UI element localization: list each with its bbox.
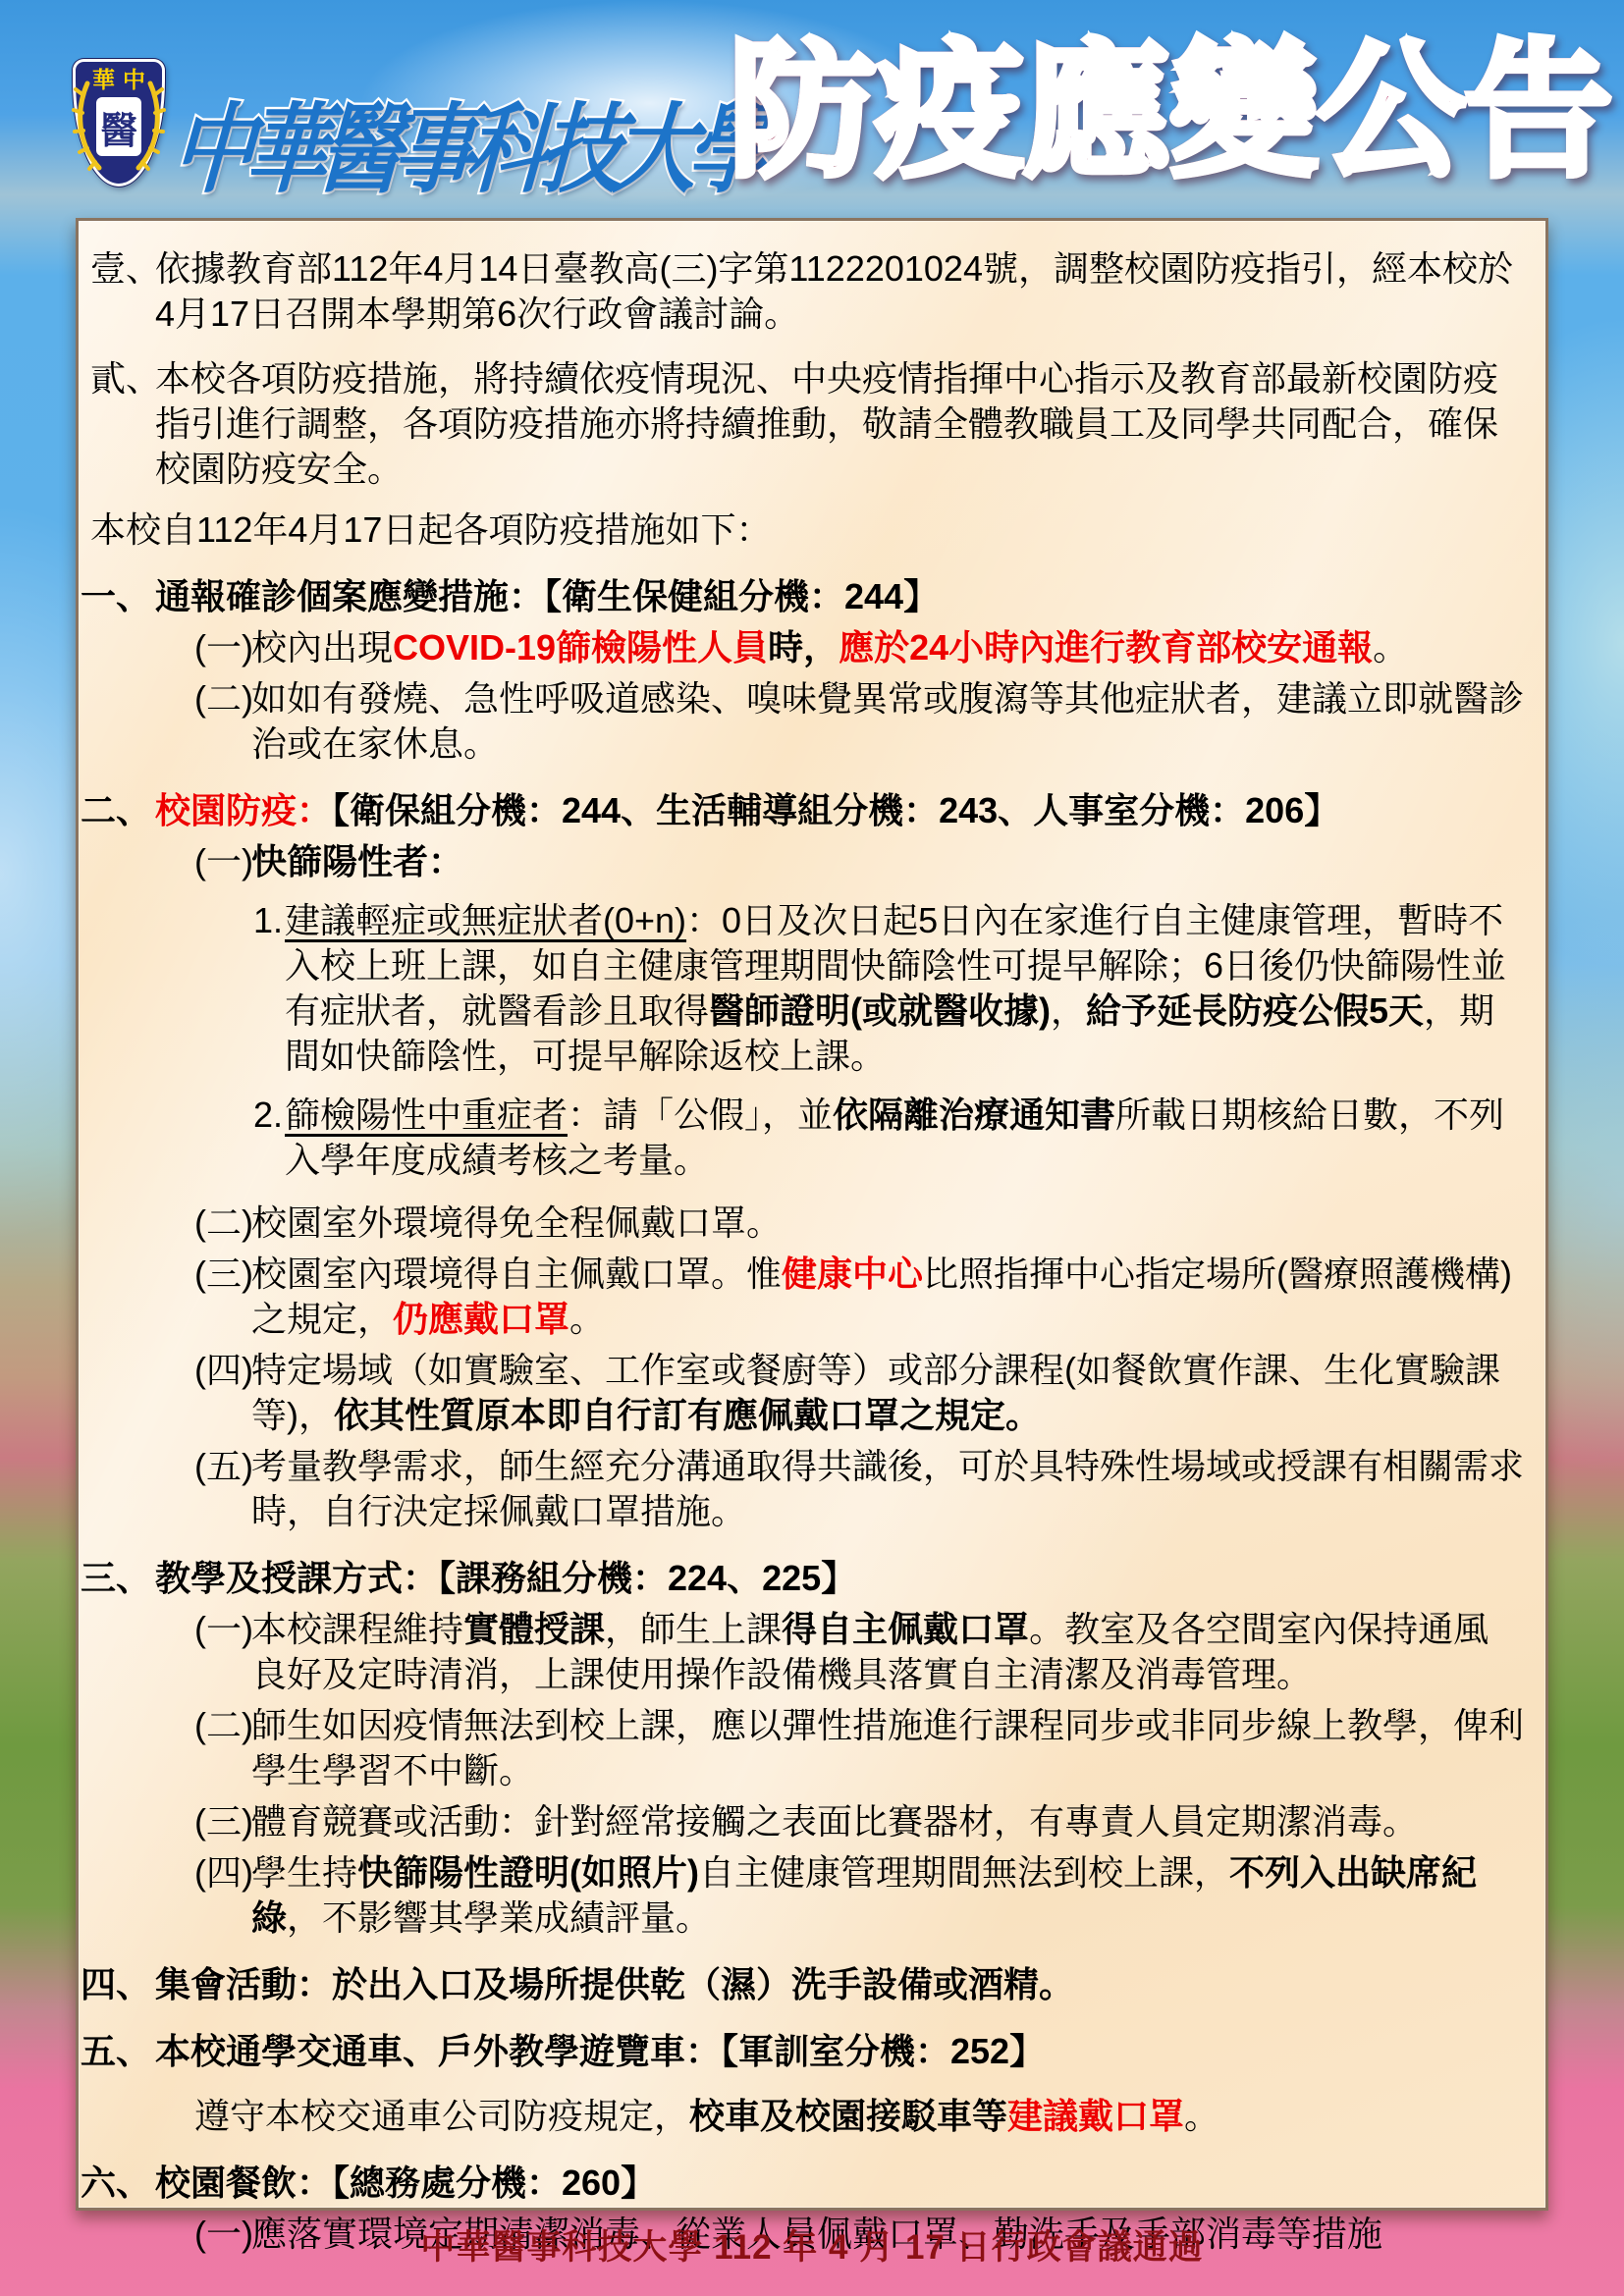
item-label: 二、 <box>81 788 155 833</box>
item-label: (一) <box>194 1607 251 1652</box>
item-label: 1. <box>253 898 285 943</box>
header: 華 中 醫 中華醫事科技大學 防疫應變公告 <box>0 0 1624 218</box>
item-label: 2. <box>253 1093 285 1138</box>
item-text: 遵守本校交通車公司防疫規定，校車及校園接駁車等建議戴口罩。 <box>194 2094 1524 2139</box>
item-text: 校園餐飲：【總務處分機：260】 <box>155 2161 1524 2206</box>
item-text: 體育競賽或活動：針對經常接觸之表面比賽器材，有專責人員定期潔消毒。 <box>251 1799 1524 1844</box>
item-label: (一) <box>194 625 251 670</box>
block-sub: 1.建議輕症或無症狀者(0+n)：0日及次日起5日內在家進行自主健康管理，暫時不… <box>79 898 1524 1079</box>
item-text: 師生如因疫情無法到校上課，應以彈性措施進行課程同步或非同步線上教學，俾利學生學習… <box>251 1703 1524 1793</box>
block-h: 五、本校通學交通車、戶外教學遊覽車：【軍訓室分機：252】 <box>79 2029 1524 2074</box>
block-item: (五)考量教學需求，師生經充分溝通取得共識後，可於具特殊性場域或授課有相關需求時… <box>79 1444 1524 1534</box>
item-text: 校內出現COVID-19篩檢陽性人員時，應於24小時內進行教育部校安通報。 <box>251 625 1524 670</box>
block-item: (四)特定場域（如實驗室、工作室或餐廚等）或部分課程(如餐飲實作課、生化實驗課等… <box>79 1348 1524 1438</box>
block-item: (三)體育競賽或活動：針對經常接觸之表面比賽器材，有專責人員定期潔消毒。 <box>79 1799 1524 1844</box>
item-text: 建議輕症或無症狀者(0+n)：0日及次日起5日內在家進行自主健康管理，暫時不入校… <box>285 898 1524 1079</box>
block-para: 貳、本校各項防疫措施，將持續依疫情現況、中央疫情指揮中心指示及教育部最新校園防疫… <box>79 356 1524 492</box>
approval-footer: 中華醫事科技大學 112 年 4 月 17 日行政會議通過 <box>0 2220 1624 2269</box>
item-label: (三) <box>194 1799 251 1844</box>
block-intro: 本校自112年4月17日起各項防疫措施如下： <box>79 507 1524 553</box>
block-item: (三)校園室內環境得自主佩戴口罩。惟健康中心比照指揮中心指定場所(醫療照護機構)… <box>79 1252 1524 1342</box>
item-label: 壹、 <box>90 246 155 292</box>
block-item: (一)本校課程維持實體授課，師生上課得自主佩戴口罩。教室及各空間室內保持通風良好… <box>79 1607 1524 1697</box>
item-text: 教學及授課方式：【課務組分機：224、225】 <box>155 1556 1524 1601</box>
block-h: 六、校園餐飲：【總務處分機：260】 <box>79 2161 1524 2206</box>
block-para: 壹、依據教育部112年4月14日臺教高(三)字第1122201024號，調整校園… <box>79 246 1524 337</box>
block-h: 三、教學及授課方式：【課務組分機：224、225】 <box>79 1556 1524 1601</box>
item-text: 快篩陽性者： <box>251 839 1524 884</box>
block-body: 遵守本校交通車公司防疫規定，校車及校園接駁車等建議戴口罩。 <box>79 2094 1524 2139</box>
item-text: 校園室外環境得免全程佩戴口罩。 <box>251 1201 1524 1246</box>
block-item: (一)快篩陽性者： <box>79 839 1524 884</box>
item-label: (四) <box>194 1348 251 1393</box>
item-label: (三) <box>194 1252 251 1297</box>
item-text: 校園室內環境得自主佩戴口罩。惟健康中心比照指揮中心指定場所(醫療照護機構)之規定… <box>251 1252 1524 1342</box>
item-text: 篩檢陽性中重症者：請「公假」，並依隔離治療通知書所載日期核給日數，不列入學年度成… <box>285 1093 1524 1183</box>
item-label: 貳、 <box>90 356 155 401</box>
item-label: (四) <box>194 1850 251 1896</box>
item-label: (二) <box>194 1201 251 1246</box>
item-text: 特定場域（如實驗室、工作室或餐廚等）或部分課程(如餐飲實作課、生化實驗課等)，依… <box>251 1348 1524 1438</box>
item-text: 本校自112年4月17日起各項防疫措施如下： <box>90 507 1524 553</box>
item-label: (一) <box>194 839 251 884</box>
block-item: (一)校內出現COVID-19篩檢陽性人員時，應於24小時內進行教育部校安通報。 <box>79 625 1524 670</box>
block-sub: 2.篩檢陽性中重症者：請「公假」，並依隔離治療通知書所載日期核給日數，不列入學年… <box>79 1093 1524 1183</box>
block-item: (二)如如有發燒、急性呼吸道感染、嗅味覺異常或腹瀉等其他症狀者，建議立即就醫診治… <box>79 676 1524 767</box>
item-label: 四、 <box>81 1962 155 2007</box>
laurel-wreath-icon <box>70 66 168 184</box>
block-h: 一、通報確診個案應變措施：【衛生保健組分機：244】 <box>79 574 1524 619</box>
block-h: 四、集會活動：於出入口及場所提供乾（濕）洗手設備或酒精。 <box>79 1962 1524 2007</box>
announcement-panel: 壹、依據教育部112年4月14日臺教高(三)字第1122201024號，調整校園… <box>76 218 1548 2211</box>
item-text: 如如有發燒、急性呼吸道感染、嗅味覺異常或腹瀉等其他症狀者，建議立即就醫診治或在家… <box>251 676 1524 767</box>
item-text: 本校各項防疫措施，將持續依疫情現況、中央疫情指揮中心指示及教育部最新校園防疫指引… <box>155 356 1524 492</box>
item-label: 六、 <box>81 2161 155 2206</box>
university-emblem: 華 中 醫 <box>73 59 165 187</box>
item-label: 五、 <box>81 2029 155 2074</box>
school-name: 中華醫事科技大學 <box>168 72 767 212</box>
item-label: (二) <box>194 1703 251 1748</box>
item-text: 通報確診個案應變措施：【衛生保健組分機：244】 <box>155 574 1524 619</box>
item-label: 三、 <box>81 1556 155 1601</box>
item-text: 考量教學需求，師生經充分溝通取得共識後，可於具特殊性場域或授課有相關需求時，自行… <box>251 1444 1524 1534</box>
item-text: 集會活動：於出入口及場所提供乾（濕）洗手設備或酒精。 <box>155 1962 1524 2007</box>
item-text: 本校課程維持實體授課，師生上課得自主佩戴口罩。教室及各空間室內保持通風良好及定時… <box>251 1607 1524 1697</box>
page-title: 防疫應變公告 <box>729 37 1612 185</box>
announcement-body: 壹、依據教育部112年4月14日臺教高(三)字第1122201024號，調整校園… <box>79 246 1524 2257</box>
block-item: (二)師生如因疫情無法到校上課，應以彈性措施進行課程同步或非同步線上教學，俾利學… <box>79 1703 1524 1793</box>
block-item: (四)學生持快篩陽性證明(如照片)自主健康管理期間無法到校上課，不列入出缺席紀綠… <box>79 1850 1524 1941</box>
item-text: 本校通學交通車、戶外教學遊覽車：【軍訓室分機：252】 <box>155 2029 1524 2074</box>
block-item: (二)校園室外環境得免全程佩戴口罩。 <box>79 1201 1524 1246</box>
item-text: 學生持快篩陽性證明(如照片)自主健康管理期間無法到校上課，不列入出缺席紀綠，不影… <box>251 1850 1524 1941</box>
item-text: 校園防疫：【衛保組分機：244、生活輔導組分機：243、人事室分機：206】 <box>155 788 1524 833</box>
item-label: 一、 <box>81 574 155 619</box>
block-h: 二、校園防疫：【衛保組分機：244、生活輔導組分機：243、人事室分機：206】 <box>79 788 1524 833</box>
item-text: 依據教育部112年4月14日臺教高(三)字第1122201024號，調整校園防疫… <box>155 246 1524 337</box>
item-label: (二) <box>194 676 251 721</box>
item-label: (五) <box>194 1444 251 1489</box>
poster-page: 華 中 醫 中華醫事科技大學 防疫應變公告 壹、依據教育部112年4月14日臺教… <box>0 0 1624 2296</box>
